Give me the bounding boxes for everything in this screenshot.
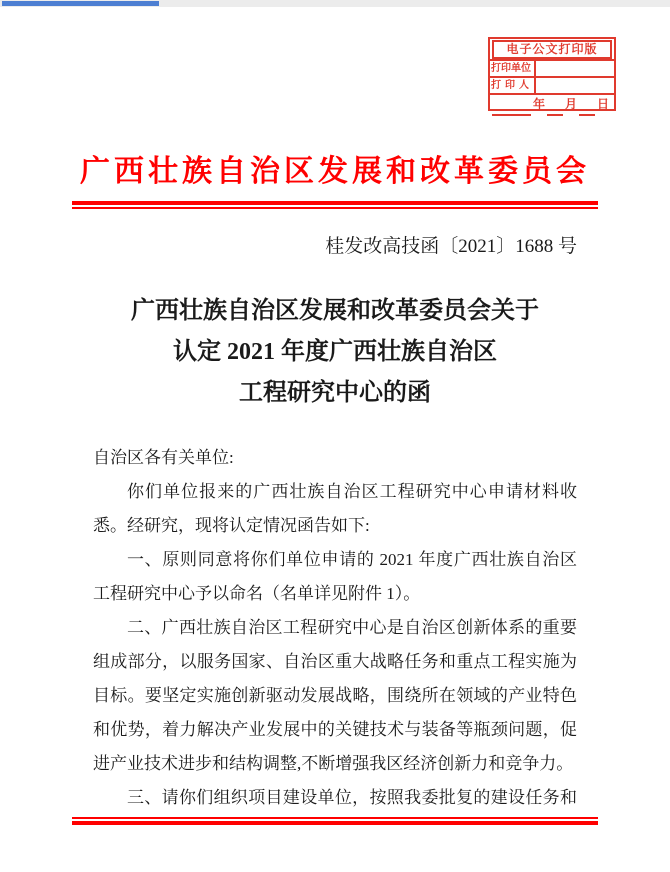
top-progress-fill — [2, 1, 159, 6]
stamp-year-label: 年 — [531, 96, 547, 112]
doc-title-line-3: 工程研究中心的函 — [0, 373, 670, 414]
stamp-month-label: 月 — [563, 96, 579, 112]
doc-title: 广西壮族自治区发展和改革委员会关于 认定 2021 年度广西壮族自治区 工程研究… — [0, 291, 670, 414]
stamp-date-blank — [579, 104, 595, 116]
electronic-print-stamp: 电子公文打印版 打印单位 打印人 年 月 日 — [488, 37, 616, 111]
stamp-print-unit-label: 打印单位 — [490, 61, 536, 76]
stamp-printer-label: 打印人 — [490, 78, 536, 93]
stamp-date-blank — [547, 104, 563, 116]
stamp-title: 电子公文打印版 — [492, 40, 612, 59]
body-text: 自治区各有关单位: 你们单位报来的广西壮族自治区工程研究中心申请材料收悉。经研究… — [93, 441, 577, 815]
document-page: 广西壮族自治区发展和改革委员会 桂发改高技函〔2021〕1688 号 广西壮族自… — [0, 0, 670, 825]
body-paragraph: 三、请你们组织项目建设单位，按照我委批复的建设任务和 — [93, 781, 577, 815]
body-paragraph: 一、原则同意将你们单位申请的 2021 年度广西壮族自治区工程研究中心予以命名（… — [93, 543, 577, 611]
stamp-date-blank — [492, 104, 531, 116]
stamp-day-label: 日 — [595, 96, 611, 112]
top-progress-track[interactable] — [0, 0, 670, 7]
letterhead-rule — [72, 201, 598, 209]
body-salutation: 自治区各有关单位: — [93, 441, 577, 475]
stamp-row-print-unit: 打印单位 — [490, 59, 614, 76]
body-paragraph: 你们单位报来的广西壮族自治区工程研究中心申请材料收悉。经研究，现将认定情况函告如… — [93, 475, 577, 543]
doc-number: 桂发改高技函〔2021〕1688 号 — [93, 235, 577, 259]
doc-title-line-1: 广西壮族自治区发展和改革委员会关于 — [0, 291, 670, 332]
footer-rule — [72, 817, 598, 825]
letterhead-org-name: 广西壮族自治区发展和改革委员会 — [0, 152, 670, 192]
body-paragraph: 二、广西壮族自治区工程研究中心是自治区创新体系的重要组成部分，以服务国家、自治区… — [93, 611, 577, 781]
stamp-date-row: 年 月 日 — [490, 93, 614, 113]
stamp-row-printer: 打印人 — [490, 76, 614, 93]
doc-title-line-2: 认定 2021 年度广西壮族自治区 — [0, 332, 670, 373]
